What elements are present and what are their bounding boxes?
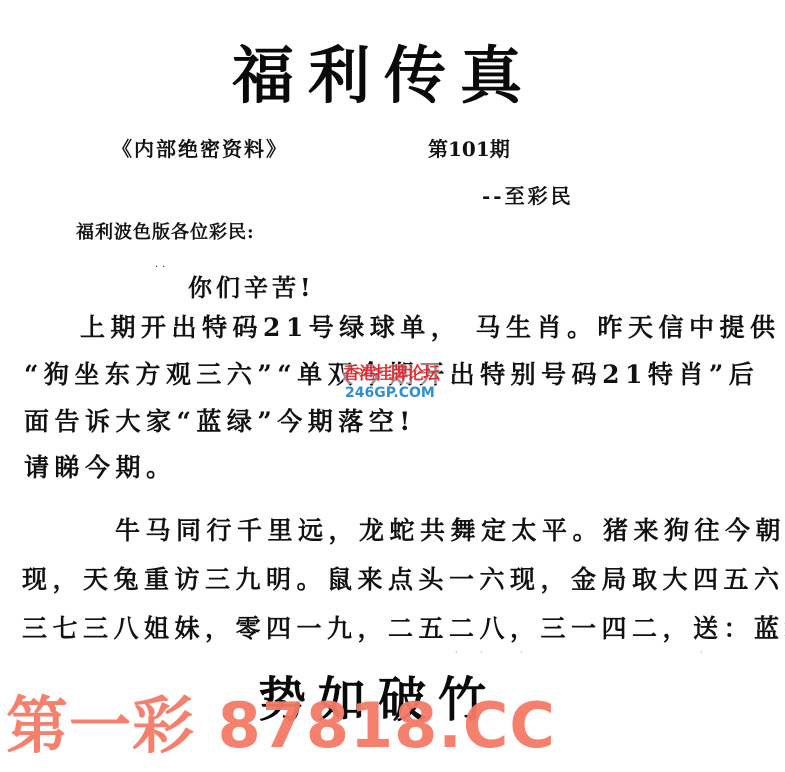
body-line: 请睇今期。 xyxy=(24,451,177,485)
body-line: 面告诉大家“蓝绿”今期落空! xyxy=(24,405,416,439)
scan-speck: · xyxy=(520,648,523,657)
body-line: 现，天兔重访三九明。鼠来点头一六现，金局取大四五六。 xyxy=(22,563,785,597)
forum-watermark: 香港挂牌论坛 xyxy=(343,364,439,384)
signature: --至彩民 xyxy=(482,183,574,209)
decorative-dots: ·· xyxy=(155,262,169,273)
greeting: 你们辛苦! xyxy=(188,272,315,304)
body-line: 三七三八姐妹，零四一九，二五二八，三一四二，送：蓝绿 xyxy=(22,612,785,646)
forum-url-watermark: 246GP.COM xyxy=(345,385,435,401)
document-title: 福利传真 xyxy=(232,38,536,114)
issue-number: 第101期 xyxy=(428,136,510,162)
document-subtitle: 《内部绝密资料》 xyxy=(112,136,288,162)
salutation: 福利波色版各位彩民: xyxy=(76,220,255,246)
scan-speck: · xyxy=(455,648,458,657)
bottom-banner-watermark: 第一彩 87818.CC xyxy=(6,690,556,762)
scan-speck: · xyxy=(480,648,483,657)
scan-speck: · xyxy=(700,648,703,657)
body-line: 上期开出特码21号绿球单， 马生肖。昨天信中提供 xyxy=(80,311,781,345)
body-line: 牛马同行千里远，龙蛇共舞定太平。猪来狗往今朝 xyxy=(115,514,785,548)
